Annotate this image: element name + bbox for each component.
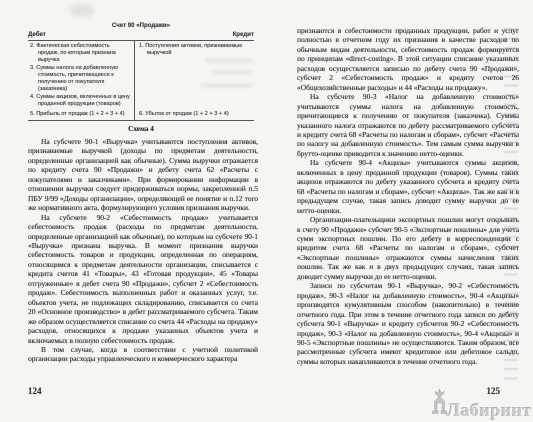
credit-item: 1. Поступления активов, признаваемые выр… [139, 43, 251, 57]
debit-item: 2. Фактическая себестоимость продаж, по … [30, 43, 131, 64]
debit-cell: 2. Фактическая себестоимость продаж, по … [28, 41, 134, 110]
schema-caption: Схема 4 [28, 125, 254, 133]
credit-result: 6. Убыток от продаж (1 + 2 + 3 + 4) [134, 110, 254, 120]
paragraph: В том случае, когда в соответствии с уче… [28, 345, 258, 364]
debit-result: 5. Прибыль от продаж (1 + 2 + 3 + 4) [28, 110, 134, 120]
book-scan-spread: Счет 90 «Продажи» Дебет Кредит 2. Фактич… [0, 0, 533, 422]
watermark-text: Лабиринт [447, 400, 532, 421]
debit-item: 3. Суммы налога на добавленную стоимость… [30, 65, 131, 93]
paragraph: признаются в себестоимости проданных про… [297, 26, 519, 92]
paragraph: На субсчете 90-4 «Акцизы» учитываются су… [297, 158, 519, 215]
paragraph: На субсчете 90-1 «Выручка» учитываются п… [28, 137, 258, 213]
right-page-text-column: признаются в себестоимости проданных про… [297, 26, 519, 388]
debit-item: 4. Суммы акцизов, включенных в цену прод… [30, 94, 131, 108]
account-90-scheme-table: Счет 90 «Продажи» Дебет Кредит 2. Фактич… [28, 22, 254, 121]
page-number-124: 124 [28, 386, 42, 396]
paragraph: На субсчете 90-3 «Налог на добавленную с… [297, 92, 519, 158]
credit-cell: 1. Поступления активов, признаваемые выр… [134, 41, 254, 110]
paragraph: Организации-плательщики экспортных пошли… [297, 215, 519, 281]
scan-smudge [70, 4, 94, 17]
table-result-row: 5. Прибыль от продаж (1 + 2 + 3 + 4) 6. … [28, 110, 254, 121]
table-header-row: Дебет Кредит [28, 31, 254, 41]
credit-header: Кредит [233, 31, 254, 38]
paragraph: На субсчете 90-2 «Себестоимость продаж» … [28, 213, 258, 345]
table-title: Счет 90 «Продажи» [28, 22, 254, 29]
table-body: 2. Фактическая себестоимость продаж, по … [28, 41, 254, 110]
left-page-text-column: На субсчете 90-1 «Выручка» учитываются п… [28, 137, 258, 389]
paragraph: Записи по субсчетам 90-1 «Выручка», 90-2… [297, 281, 519, 366]
debit-header: Дебет [28, 31, 46, 38]
labirint-logo-icon [430, 389, 449, 420]
page-number-125: 125 [460, 386, 500, 396]
